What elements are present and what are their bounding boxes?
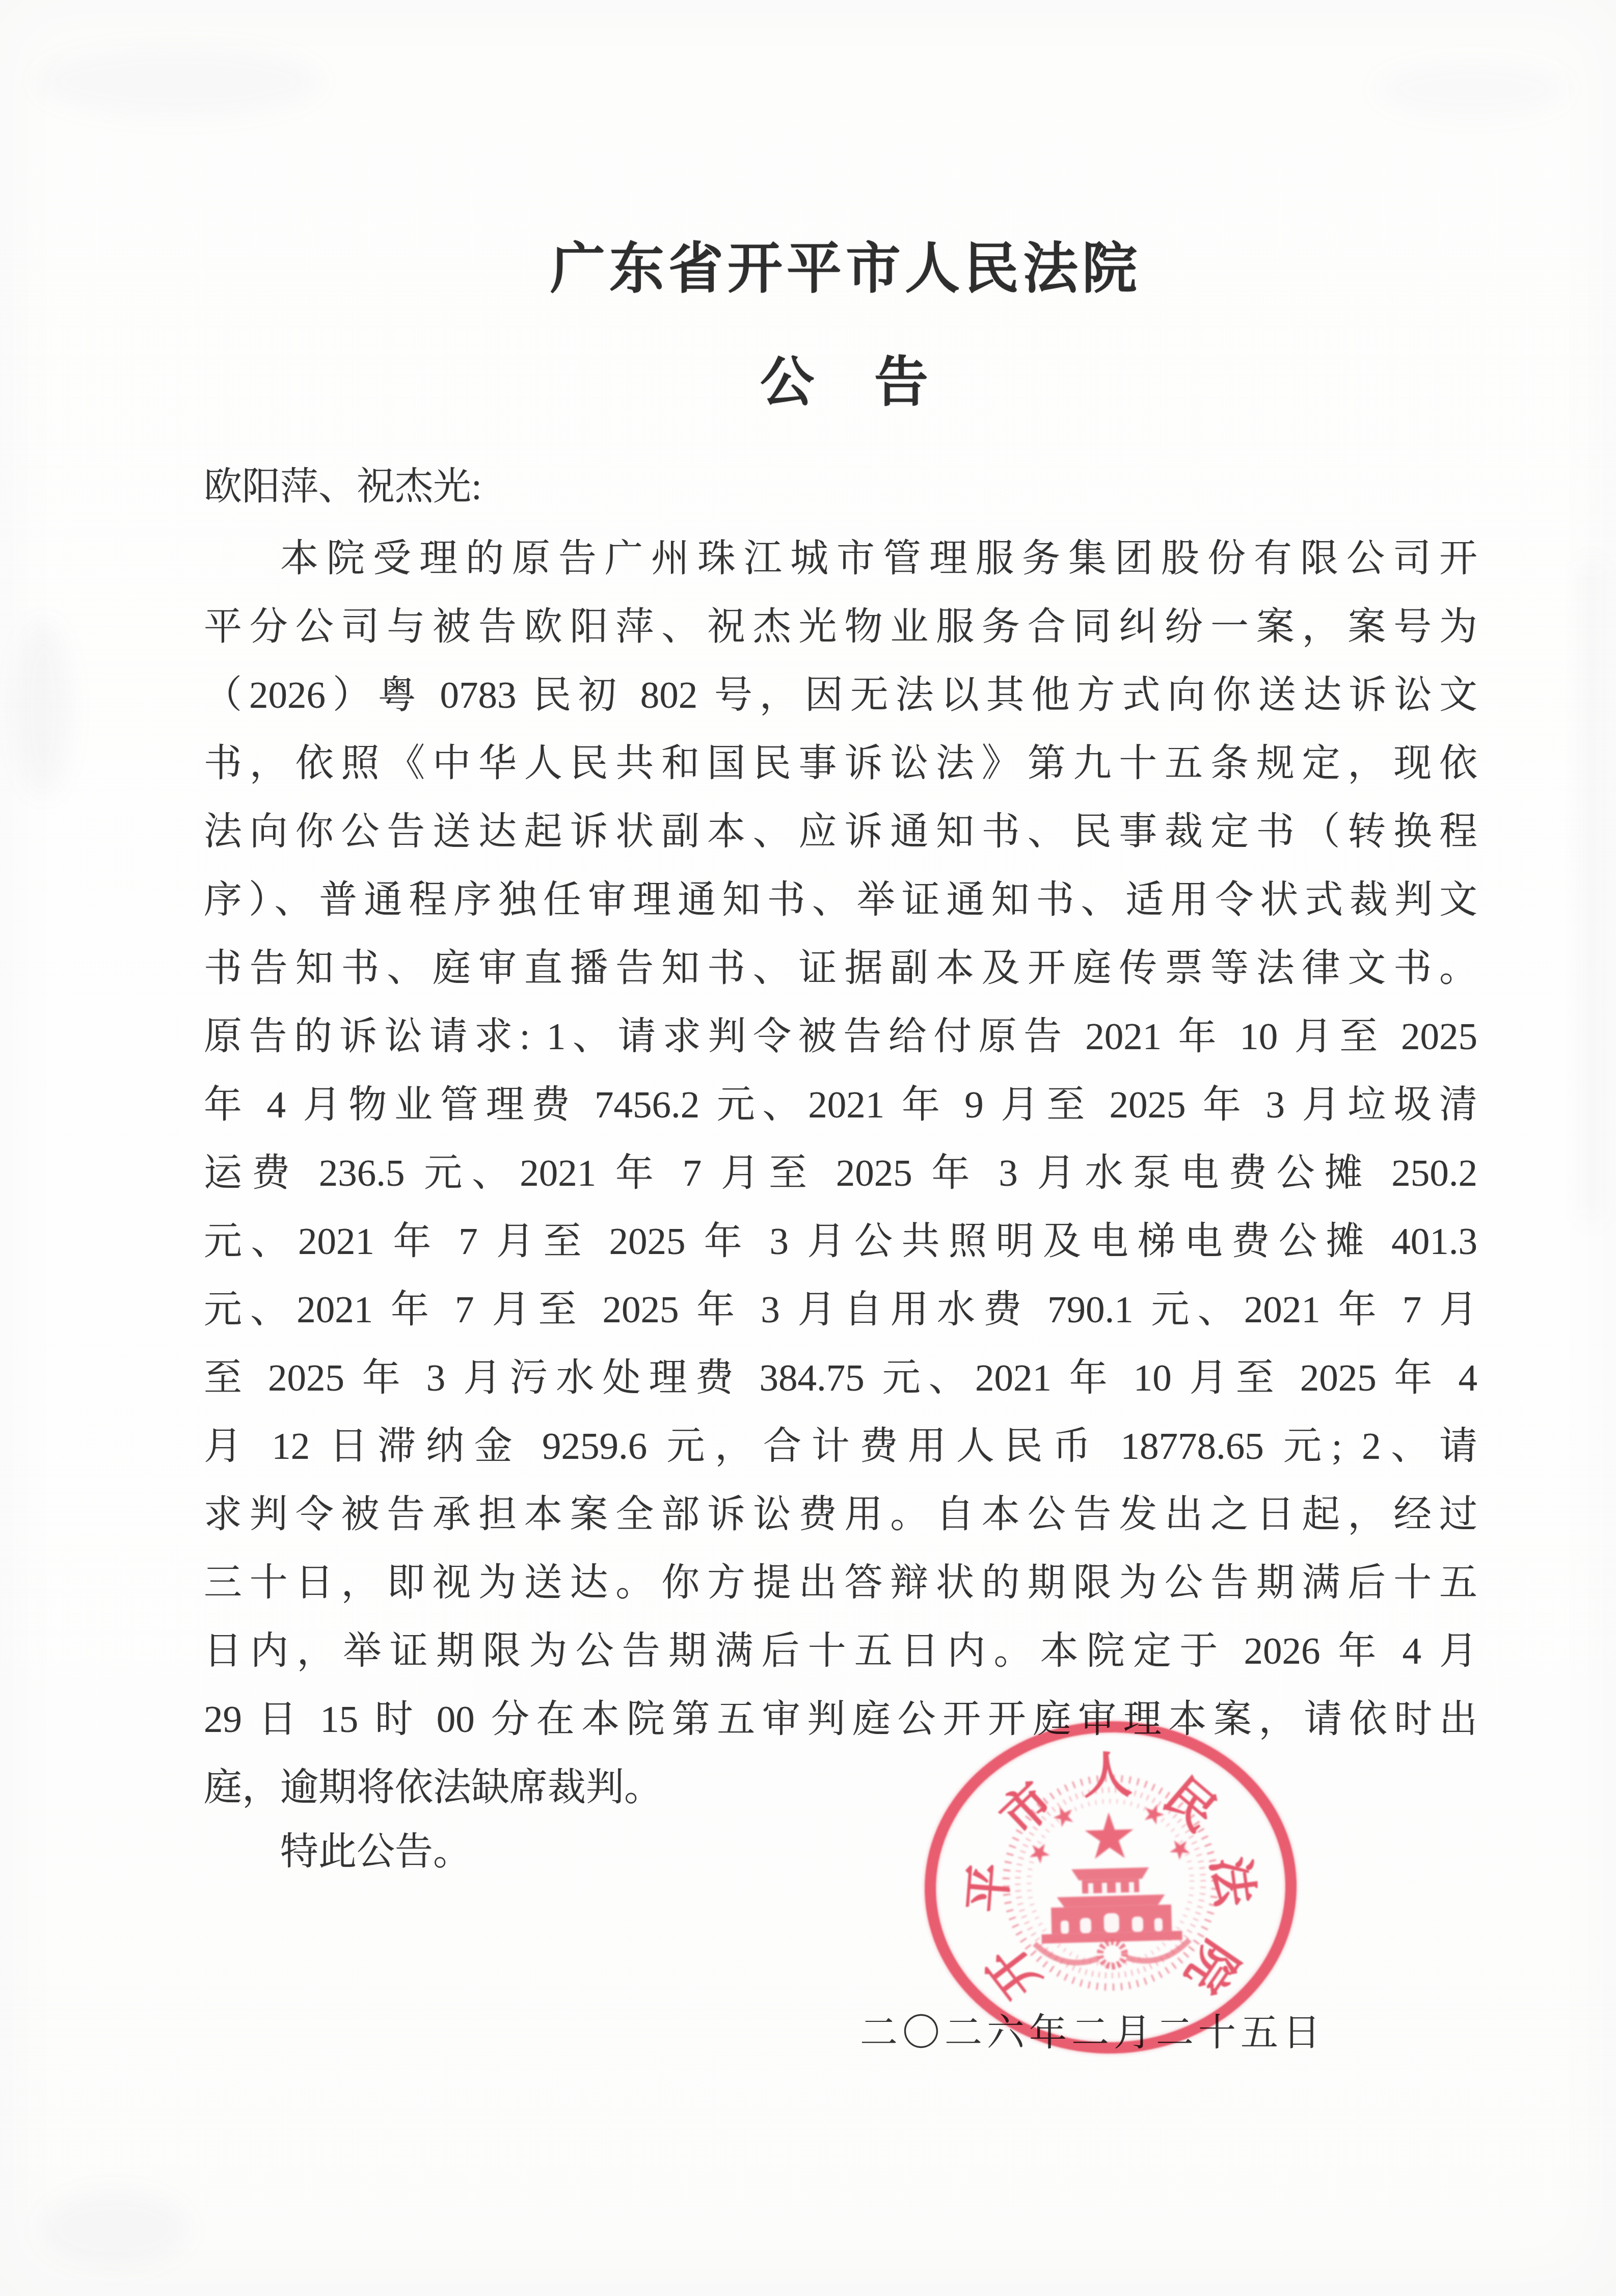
body-line: 本院受理的原告广州珠江城市管理服务集团股份有限公司开 (204, 525, 1477, 593)
seal-arc-char: 市 (982, 1764, 1066, 1848)
body-line: 原告的诉讼请求: 1、请求判令被告给付原告 2021 年 10 月至 2025 (204, 1003, 1477, 1071)
scan-artifact (15, 622, 71, 795)
body-line: 元、2021 年 7 月至 2025 年 3 月自用水费 790.1 元、202… (204, 1276, 1477, 1344)
body-line: 书，依照《中华人民共和国民事诉讼法》第九十五条规定，现依 (204, 730, 1477, 798)
scan-artifact (1584, 560, 1598, 1223)
body-line: 运费 236.5 元、2021 年 7 月至 2025 年 3 月水泵电费公摊 … (204, 1139, 1477, 1208)
seal-arc-char: 民 (1152, 1759, 1234, 1844)
body-line: 日内，举证期限为公告期满后十五日内。本院定于 2026 年 4 月 (204, 1617, 1477, 1686)
seal-arc-char: 平 (948, 1860, 1021, 1914)
body-line: 序）、普通程序独任审理通知书、举证通知书、适用令状式裁判文 (204, 866, 1477, 935)
court-title: 广东省开平市人民法院 (204, 224, 1488, 303)
body-line: 法向你公告送达起诉状副本、应诉通知书、民事裁定书（转换程 (204, 798, 1477, 866)
body-line: 月 12 日滞纳金 9259.6 元，合计费用人民币 18778.65 元; 2… (204, 1412, 1477, 1481)
body-line: （2026）粤 0783 民初 802 号，因无法以其他方式向你送达诉讼文 (204, 661, 1477, 730)
body-line: 至 2025 年 3 月污水处理费 384.75 元、2021 年 10 月至 … (204, 1344, 1477, 1412)
body-line: 年 4 月物业管理费 7456.2 元、2021 年 9 月至 2025 年 3… (204, 1071, 1477, 1139)
seal-arc-char: 人 (1082, 1736, 1133, 1806)
seal-arc-text: 开平市人民法院 (921, 1717, 1301, 2059)
body-line: 平分公司与被告欧阳萍、祝杰光物业服务合同纠纷一案，案号为 (204, 593, 1477, 661)
body-line: 元、2021 年 7 月至 2025 年 3 月公共照明及电梯电费公摊 401.… (204, 1208, 1477, 1276)
addressee-line: 欧阳萍、祝杰光: (204, 456, 482, 511)
scan-artifact (41, 2191, 188, 2267)
seal-arc-char: 开 (968, 1934, 1053, 2015)
scan-artifact (1376, 61, 1569, 117)
body-line: 求判令被告承担本案全部诉讼费用。自本公告发出之日起，经过 (204, 1481, 1477, 1549)
scanned-court-announcement-page: 广东省开平市人民法院 公 告 欧阳萍、祝杰光: 本院受理的原告广州珠江城市管理服… (0, 0, 1616, 2296)
doc-type-heading: 公 告 (204, 339, 1488, 416)
seal-arc-char: 院 (1172, 1929, 1257, 2009)
body-line: 三十日，即视为送达。你方提出答辩状的期限为公告期满后十五 (204, 1549, 1477, 1617)
closing-line: 特此公告。 (204, 1821, 471, 1876)
seal-arc-char: 法 (1198, 1852, 1274, 1910)
scan-artifact (36, 46, 321, 117)
court-seal: 开平市人民法院 (921, 1717, 1301, 2059)
announcement-body: 本院受理的原告广州珠江城市管理服务集团股份有限公司开平分公司与被告欧阳萍、祝杰光… (204, 525, 1477, 1822)
body-line: 书告知书、庭审直播告知书、证据副本及开庭传票等法律文书。 (204, 935, 1477, 1003)
